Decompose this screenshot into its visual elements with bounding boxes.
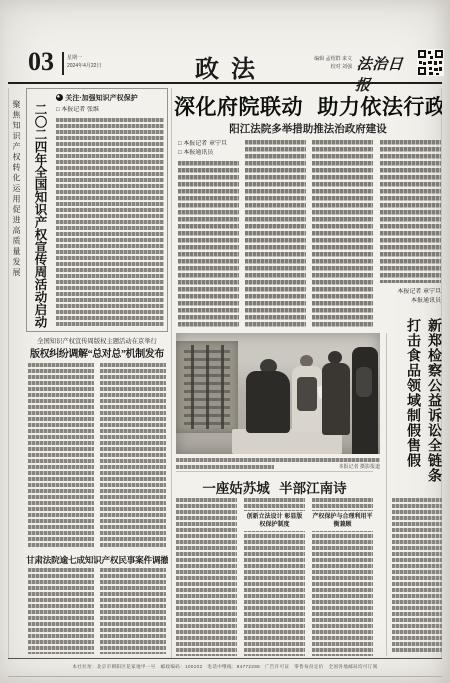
- ip-body-greeked: [56, 118, 164, 326]
- main-body-col2-greeked: [245, 140, 306, 329]
- ip-vertical-headline: 二〇二四年全国知识产权宣传周活动启动: [31, 103, 49, 331]
- qr-code-icon: [417, 49, 444, 76]
- main-subtitle: 阳江法院多举措助推法治政府建设: [174, 121, 442, 136]
- photo-visitor-person: [322, 363, 350, 435]
- photo-backpack-person: [352, 347, 378, 454]
- ip-box-tag-label: 关注·加强知识产权保护: [65, 95, 137, 102]
- left-page-rule: [8, 88, 9, 658]
- photo-credit: 本报记者 摄影报道: [280, 463, 380, 471]
- photo-caption-line2-greeked: [176, 465, 274, 470]
- theme-vertical-label: 聚焦知识产权转化运用促进高质量发展: [11, 100, 22, 290]
- xinzheng-vertical-headline: 新郑检察公益诉讼全链条打击食品领域制假售假: [400, 318, 444, 490]
- copyright-body-right-greeked: [100, 363, 166, 549]
- suzhou-divider-rule: [176, 471, 373, 472]
- footer-info: 本社社址：北京市朝阳区花家地甲一号 邮政编码：100102 电话中继线：8477…: [14, 663, 436, 671]
- main-body-col3-greeked: [312, 140, 373, 329]
- copyright-headline: 版权纠纷调解“总对总”机制发布: [26, 345, 168, 360]
- editor-line: 编辑 孟绍群 来文: [240, 55, 352, 63]
- main-headline: 深化府院联动 助力依法行政: [174, 91, 442, 121]
- gansu-body-right-greeked: [100, 568, 166, 654]
- newspaper-page: 03 星期一 2024年4月22日 政法 编辑 孟绍群 来文 校对 刘强 法治日…: [0, 0, 450, 683]
- suzhou-subhead-1: 创新立法设计 彰显版权保护制度: [244, 511, 305, 531]
- main-body-col4-greeked: [380, 140, 441, 283]
- photo-backpack: [356, 367, 372, 397]
- photo-seated-person: [246, 371, 290, 433]
- rail-column-rule: [386, 333, 387, 656]
- photo-banner-calligraphy: [184, 345, 230, 429]
- paper-logo: 法治日报: [355, 53, 418, 95]
- gansu-headline: 甘肃法院逾七成知识产权民事案件调撤: [26, 554, 168, 566]
- masthead-rule: [8, 82, 442, 84]
- photo-staff-vest: [297, 377, 317, 411]
- ip-byline: □ 本报记者 张维: [56, 106, 164, 115]
- main-body-col1-greeked: [178, 161, 239, 329]
- copyright-body-left-greeked: [28, 363, 94, 549]
- news-photo: [176, 333, 380, 454]
- gansu-body-left-greeked: [28, 568, 94, 654]
- topic-bullet-icon: [56, 94, 63, 101]
- footer-rule-top: [8, 658, 442, 659]
- copyright-kicker: 全国知识产权宣传周版权主题活动在京举行: [26, 336, 168, 345]
- center-column-rule: [171, 88, 172, 658]
- footer-rule-bottom: [8, 676, 442, 677]
- suzhou-body-col1-greeked: [176, 498, 237, 656]
- main-byline-1: □ 本报记者 章宁旦: [178, 140, 239, 149]
- main-byline-2: □ 本报通讯员: [178, 149, 239, 158]
- main-end-credit-1: 本报记者 章宁旦: [380, 288, 441, 297]
- main-end-credit-2: 本报通讯员: [380, 297, 441, 306]
- ip-box-tag: 关注·加强知识产权保护: [26, 93, 168, 103]
- suzhou-headline: 一座姑苏城 半部江南诗: [176, 477, 373, 497]
- xinzheng-body-greeked: [392, 498, 442, 654]
- proofreader-line: 校对 刘强: [240, 63, 352, 71]
- suzhou-subhead-2: 产权保护与合理利用平衡兼顾: [312, 511, 373, 531]
